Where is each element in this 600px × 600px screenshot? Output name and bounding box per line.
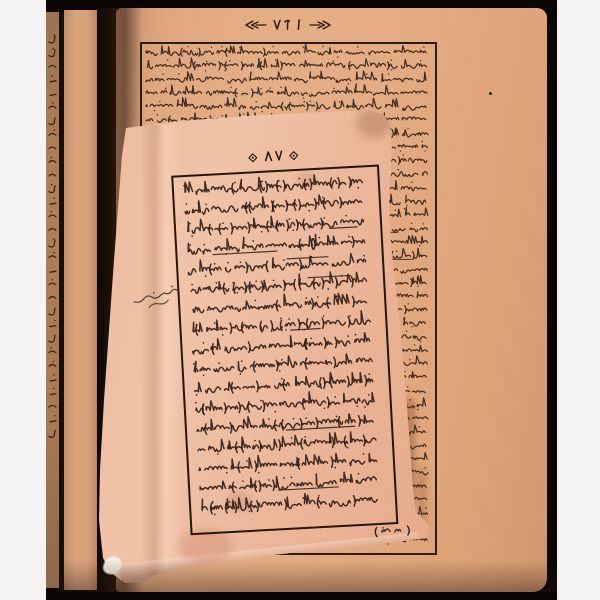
loose-leaf-text-block bbox=[177, 171, 387, 525]
photo-canvas: ٧٢١ ٨٧ bbox=[0, 0, 600, 600]
underlying-leaf-text-sliver bbox=[46, 36, 59, 456]
bottom-shadow bbox=[60, 560, 557, 592]
loose-leaf-content: ٨٧ bbox=[166, 142, 402, 573]
fleuron-diamond-icon bbox=[289, 150, 298, 159]
loose-leaf-folio-number bbox=[262, 150, 285, 163]
book-page-folio-header: ٧٢١ bbox=[245, 16, 330, 34]
ink-speck bbox=[489, 92, 492, 95]
underlying-leaf-margin bbox=[64, 10, 97, 590]
book-page-folio-number bbox=[271, 19, 305, 32]
fleuron-diamond-icon bbox=[248, 153, 257, 162]
loose-leaf-catchword bbox=[372, 523, 411, 540]
header-arrow-right-icon bbox=[309, 20, 331, 30]
header-arrow-left-icon bbox=[245, 20, 267, 30]
